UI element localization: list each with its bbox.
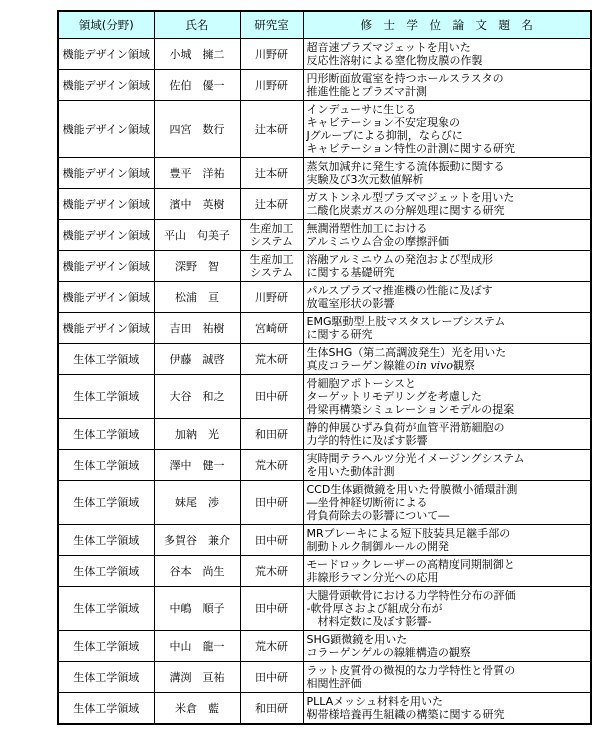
field-cell: 生体工学領域 <box>58 375 154 419</box>
table-row: 生体工学領域加納 光和田研静的伸展ひずみ負荷が血管平滑筋細胞の力学的特性に及ぼす… <box>58 419 591 450</box>
title-line: 相関性評価 <box>307 677 588 690</box>
field-cell: 機能デザイン領域 <box>58 101 154 158</box>
title-line: 骨梁再構築シミュレーションモデルの提案 <box>307 403 588 416</box>
name-cell: 大谷 和之 <box>154 375 240 419</box>
field-cell: 生体工学領域 <box>58 587 154 631</box>
field-cell: 機能デザイン領域 <box>58 189 154 220</box>
field-cell: 機能デザイン領域 <box>58 220 154 251</box>
lab-cell: 和田研 <box>240 693 303 725</box>
title-cell: パルスプラズマ推進機の性能に及ぼす放電室形状の影響 <box>303 282 591 313</box>
title-line: 骨負荷除去の影響について― <box>307 509 588 522</box>
title-cell: 無潤滑塑性加工におけるアルミニウム合金の摩擦評価 <box>303 220 591 251</box>
title-line: MRブレーキによる短下肢装具足継手部の <box>307 527 588 540</box>
title-line: 静的伸展ひずみ負荷が血管平滑筋細胞の <box>307 421 588 434</box>
field-cell: 機能デザイン領域 <box>58 251 154 282</box>
lab-cell: 辻本研 <box>240 101 303 158</box>
table-row: 機能デザイン領域吉田 祐樹宮崎研EMG駆動型上肢マスタスレーブシステムに関する研… <box>58 313 591 344</box>
title-line: モードロックレーザーの高精度同期制御と <box>307 558 588 571</box>
lab-cell: 生産加工 システム <box>240 220 303 251</box>
title-segment: 真皮コラーゲン線維の <box>307 359 417 372</box>
field-cell: 生体工学領域 <box>58 419 154 450</box>
title-cell: 大腿骨頭軟骨における力学特性分布の評価-軟骨厚さおよび組成分布が 材料定数に及ぼ… <box>303 587 591 631</box>
table-row: 機能デザイン領域深野 智生産加工 システム溶融アルミニウムの発泡および型成形に関… <box>58 251 591 282</box>
title-line: ターゲットリモデリングを考慮した <box>307 390 588 403</box>
field-cell: 生体工学領域 <box>58 693 154 725</box>
title-line: 溶融アルミニウムの発泡および型成形 <box>307 253 588 266</box>
header-cell-lab: 研究室 <box>240 11 303 39</box>
name-cell: 多賀谷 兼介 <box>154 525 240 556</box>
table-row: 機能デザイン領域四宮 数行辻本研インデューサに生じるキャビテーション不安定現象の… <box>58 101 591 158</box>
lab-cell: 荒木研 <box>240 450 303 481</box>
table-row: 機能デザイン領域平山 句美子生産加工 システム無潤滑塑性加工におけるアルミニウム… <box>58 220 591 251</box>
name-cell: 松浦 亘 <box>154 282 240 313</box>
title-line: 無潤滑塑性加工における <box>307 222 588 235</box>
title-cell: MRブレーキによる短下肢装具足継手部の制動トルク制御ルールの開発 <box>303 525 591 556</box>
title-line: Jグルーブによる抑制，ならびに <box>307 129 588 142</box>
lab-cell: 荒木研 <box>240 344 303 375</box>
lab-cell: 川野研 <box>240 282 303 313</box>
name-cell: 中山 龍一 <box>154 631 240 662</box>
title-line: 円形断面放電室を持つホールスラスタの <box>307 72 588 85</box>
title-cell: モードロックレーザーの高精度同期制御と非線形ラマン分光への応用 <box>303 556 591 587</box>
title-line: に関する基礎研究 <box>307 266 588 279</box>
title-line: 制動トルク制御ルールの開発 <box>307 540 588 553</box>
lab-cell: 荒木研 <box>240 631 303 662</box>
table-row: 生体工学領域多賀谷 兼介田中研MRブレーキによる短下肢装具足継手部の制動トルク制… <box>58 525 591 556</box>
title-line: 二酸化炭素ガスの分解処理に関する研究 <box>307 204 588 217</box>
table-row: 生体工学領域澤中 健一荒木研実時間テラヘルツ分光イメージングシステムを用いた動体… <box>58 450 591 481</box>
title-line: 力学的特性に及ぼす影響 <box>307 434 588 447</box>
title-line: コラーゲンゲルの線維構造の観察 <box>307 646 588 659</box>
name-cell: 深野 智 <box>154 251 240 282</box>
title-line: を用いた動体計測 <box>307 465 588 478</box>
title-line: ガストンネル型プラズマジェットを用いた <box>307 191 588 204</box>
title-line: 大腿骨頭軟骨における力学特性分布の評価 <box>307 589 588 602</box>
lab-cell: 宮崎研 <box>240 313 303 344</box>
title-cell: 静的伸展ひずみ負荷が血管平滑筋細胞の力学的特性に及ぼす影響 <box>303 419 591 450</box>
field-cell: 生体工学領域 <box>58 662 154 693</box>
header-cell-name: 氏名 <box>154 11 240 39</box>
lab-cell: 川野研 <box>240 39 303 70</box>
title-line: 真皮コラーゲン線維のin vivo観察 <box>307 359 588 372</box>
name-cell: 小城 擁二 <box>154 39 240 70</box>
field-cell: 機能デザイン領域 <box>58 313 154 344</box>
title-line: に関する研究 <box>307 328 588 341</box>
table-row: 生体工学領域溝渕 亘祐田中研ラット皮質骨の微視的な力学特性と骨質の相関性評価 <box>58 662 591 693</box>
field-cell: 生体工学領域 <box>58 344 154 375</box>
table-row: 生体工学領域米倉 藍和田研PLLAメッシュ材料を用いた靭帯様培養再生組織の構築に… <box>58 693 591 725</box>
header-cell-title: 修 士 学 位 論 文 題 名 <box>303 11 591 39</box>
title-cell: 溶融アルミニウムの発泡および型成形に関する基礎研究 <box>303 251 591 282</box>
page: 領域(分野) 氏名 研究室 修 士 学 位 論 文 題 名 機能デザイン領域小城… <box>0 0 593 730</box>
table-row: 機能デザイン領域豊平 洋祐辻本研蒸気加減弁に発生する流体振動に関する実験及び3次… <box>58 158 591 189</box>
thesis-table-wrapper: 領域(分野) 氏名 研究室 修 士 学 位 論 文 題 名 機能デザイン領域小城… <box>57 10 592 725</box>
name-cell: 澤中 健一 <box>154 450 240 481</box>
field-cell: 機能デザイン領域 <box>58 282 154 313</box>
lab-cell: 田中研 <box>240 525 303 556</box>
title-line: 生体SHG（第二高調波発生）光を用いた <box>307 346 588 359</box>
title-line: 材料定数に及ぼす影響- <box>307 615 588 628</box>
title-segment: 観察 <box>453 359 475 372</box>
title-line: 推進性能とプラズマ計測 <box>307 85 588 98</box>
table-row: 生体工学領域中嶋 順子田中研大腿骨頭軟骨における力学特性分布の評価-軟骨厚さおよ… <box>58 587 591 631</box>
title-line: 超音速プラズマジェットを用いた <box>307 41 588 54</box>
table-row: 機能デザイン領域小城 擁二川野研超音速プラズマジェットを用いた反応性溶射による窒… <box>58 39 591 70</box>
title-line: 反応性溶射による窒化物皮膜の作製 <box>307 54 588 67</box>
name-cell: 加納 光 <box>154 419 240 450</box>
title-cell: 蒸気加減弁に発生する流体振動に関する実験及び3次元数値解析 <box>303 158 591 189</box>
title-cell: PLLAメッシュ材料を用いた靭帯様培養再生組織の構築に関する研究 <box>303 693 591 725</box>
title-line: CCD生体顕微鏡を用いた骨膜微小循環計測 <box>307 483 588 496</box>
table-row: 生体工学領域妹尾 渉田中研CCD生体顕微鏡を用いた骨膜微小循環計測―坐骨神経切断… <box>58 481 591 525</box>
field-cell: 生体工学領域 <box>58 450 154 481</box>
table-row: 機能デザイン領域濱中 英樹辻本研ガストンネル型プラズマジェットを用いた二酸化炭素… <box>58 189 591 220</box>
title-line: パルスプラズマ推進機の性能に及ぼす <box>307 284 588 297</box>
table-row: 生体工学領域中山 龍一荒木研SHG顕微鏡を用いたコラーゲンゲルの線維構造の観察 <box>58 631 591 662</box>
name-cell: 米倉 藍 <box>154 693 240 725</box>
title-line: アルミニウム合金の摩擦評価 <box>307 235 588 248</box>
title-line: 実験及び3次元数値解析 <box>307 173 588 186</box>
title-line: キャビテーション不安定現象の <box>307 116 588 129</box>
title-cell: 実時間テラヘルツ分光イメージングシステムを用いた動体計測 <box>303 450 591 481</box>
thesis-table: 領域(分野) 氏名 研究室 修 士 学 位 論 文 題 名 機能デザイン領域小城… <box>57 10 592 725</box>
name-cell: 四宮 数行 <box>154 101 240 158</box>
lab-cell: 田中研 <box>240 587 303 631</box>
table-row: 機能デザイン領域佐伯 優一川野研円形断面放電室を持つホールスラスタの推進性能とプ… <box>58 70 591 101</box>
title-cell: 超音速プラズマジェットを用いた反応性溶射による窒化物皮膜の作製 <box>303 39 591 70</box>
name-cell: 平山 句美子 <box>154 220 240 251</box>
name-cell: 豊平 洋祐 <box>154 158 240 189</box>
title-line: 非線形ラマン分光への応用 <box>307 571 588 584</box>
field-cell: 機能デザイン領域 <box>58 70 154 101</box>
title-line: 実時間テラヘルツ分光イメージングシステム <box>307 452 588 465</box>
title-line: SHG顕微鏡を用いた <box>307 633 588 646</box>
lab-cell: 田中研 <box>240 662 303 693</box>
title-cell: インデューサに生じるキャビテーション不安定現象のJグルーブによる抑制，ならびにキ… <box>303 101 591 158</box>
title-cell: SHG顕微鏡を用いたコラーゲンゲルの線維構造の観察 <box>303 631 591 662</box>
name-cell: 吉田 祐樹 <box>154 313 240 344</box>
lab-cell: 辻本研 <box>240 158 303 189</box>
table-row: 機能デザイン領域松浦 亘川野研パルスプラズマ推進機の性能に及ぼす放電室形状の影響 <box>58 282 591 313</box>
title-line: PLLAメッシュ材料を用いた <box>307 695 588 708</box>
title-cell: 円形断面放電室を持つホールスラスタの推進性能とプラズマ計測 <box>303 70 591 101</box>
title-line: 蒸気加減弁に発生する流体振動に関する <box>307 160 588 173</box>
name-cell: 伊藤 誠啓 <box>154 344 240 375</box>
title-line: インデューサに生じる <box>307 103 588 116</box>
title-cell: ラット皮質骨の微視的な力学特性と骨質の相関性評価 <box>303 662 591 693</box>
field-cell: 生体工学領域 <box>58 481 154 525</box>
lab-cell: 荒木研 <box>240 556 303 587</box>
title-cell: EMG駆動型上肢マスタスレーブシステムに関する研究 <box>303 313 591 344</box>
lab-cell: 和田研 <box>240 419 303 450</box>
lab-cell: 辻本研 <box>240 189 303 220</box>
header-cell-field: 領域(分野) <box>58 11 154 39</box>
title-cell: 骨細胞アポトーシスとターゲットリモデリングを考慮した骨梁再構築シミュレーションモ… <box>303 375 591 419</box>
lab-cell: 田中研 <box>240 375 303 419</box>
lab-cell: 生産加工 システム <box>240 251 303 282</box>
field-cell: 機能デザイン領域 <box>58 158 154 189</box>
lab-cell: 田中研 <box>240 481 303 525</box>
title-line: 靭帯様培養再生組織の構築に関する研究 <box>307 708 588 721</box>
title-line: キャビテーション特性の計測に関する研究 <box>307 142 588 155</box>
name-cell: 溝渕 亘祐 <box>154 662 240 693</box>
header-row: 領域(分野) 氏名 研究室 修 士 学 位 論 文 題 名 <box>58 11 591 39</box>
field-cell: 生体工学領域 <box>58 556 154 587</box>
table-row: 生体工学領域伊藤 誠啓荒木研生体SHG（第二高調波発生）光を用いた真皮コラーゲン… <box>58 344 591 375</box>
table-row: 生体工学領域大谷 和之田中研骨細胞アポトーシスとターゲットリモデリングを考慮した… <box>58 375 591 419</box>
field-cell: 生体工学領域 <box>58 525 154 556</box>
title-line: ―坐骨神経切断術による <box>307 496 588 509</box>
name-cell: 濱中 英樹 <box>154 189 240 220</box>
table-row: 生体工学領域谷本 尚生荒木研モードロックレーザーの高精度同期制御と非線形ラマン分… <box>58 556 591 587</box>
title-cell: ガストンネル型プラズマジェットを用いた二酸化炭素ガスの分解処理に関する研究 <box>303 189 591 220</box>
name-cell: 佐伯 優一 <box>154 70 240 101</box>
title-italic-segment: in vivo <box>416 359 453 372</box>
title-cell: 生体SHG（第二高調波発生）光を用いた真皮コラーゲン線維のin vivo観察 <box>303 344 591 375</box>
name-cell: 妹尾 渉 <box>154 481 240 525</box>
field-cell: 生体工学領域 <box>58 631 154 662</box>
field-cell: 機能デザイン領域 <box>58 39 154 70</box>
title-line: EMG駆動型上肢マスタスレーブシステム <box>307 315 588 328</box>
title-line: 放電室形状の影響 <box>307 297 588 310</box>
name-cell: 谷本 尚生 <box>154 556 240 587</box>
title-cell: CCD生体顕微鏡を用いた骨膜微小循環計測―坐骨神経切断術による骨負荷除去の影響に… <box>303 481 591 525</box>
title-line: -軟骨厚さおよび組成分布が <box>307 602 588 615</box>
title-line: 骨細胞アポトーシスと <box>307 377 588 390</box>
lab-cell: 川野研 <box>240 70 303 101</box>
title-line: ラット皮質骨の微視的な力学特性と骨質の <box>307 664 588 677</box>
name-cell: 中嶋 順子 <box>154 587 240 631</box>
